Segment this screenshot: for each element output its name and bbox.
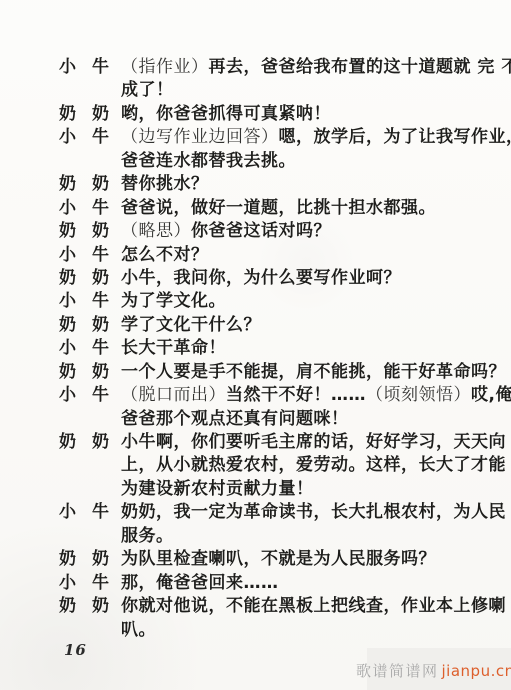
- dialogue-text: 为建设新农村贡献力量！: [121, 478, 314, 501]
- dialogue-text: 爸爸说，做好一道题，比挑十担水都强。: [121, 197, 436, 220]
- dialogue-row: 上，从小就热爱农村，爱劳动。这样，长大了才能: [0, 454, 511, 477]
- speaker-label: [59, 150, 109, 173]
- dialogue-text: （指作业）再去，爸爸给我布置的这十道题就 完 不: [121, 56, 511, 79]
- dialogue-text: 奶奶，我一定为革命读书，长大扎根农村，为人民: [121, 501, 506, 524]
- dialogue-row: 奶奶你就对他说，不能在黑板上把线查，作业本上修喇: [0, 595, 511, 618]
- speaker-label: 小牛: [59, 126, 109, 149]
- dialogue-row: 小牛长大干革命！: [0, 337, 511, 360]
- speaker-label: [59, 478, 109, 501]
- dialogue-row: 小牛怎么不对？: [0, 244, 511, 267]
- watermark: 歌谱简谱网jianpu.cn: [356, 661, 511, 681]
- dialogue-text: 服务。: [121, 525, 174, 548]
- dialogue-text: 一个人要是手不能提，肩不能挑，能干好革命吗？: [121, 361, 506, 384]
- speaker-label: [59, 408, 109, 431]
- dialogue-text: （脱口而出）当然干不好！……（顷刻领悟）哎,俺: [121, 384, 511, 407]
- stage-direction: （略思）: [121, 221, 191, 241]
- dialogue-text: 为了学文化。: [121, 290, 226, 313]
- dialogue-text: 叭。: [121, 619, 156, 642]
- dialogue-row: 奶奶替你挑水？: [0, 173, 511, 196]
- dialogue-text: 上，从小就热爱农村，爱劳动。这样，长大了才能: [121, 454, 506, 477]
- dialogue-text: 爸爸那个观点还真有问题咪！: [121, 408, 349, 431]
- dialogue-row: 爸爸那个观点还真有问题咪！: [0, 408, 511, 431]
- page-number: 16: [64, 641, 87, 659]
- dialogue-text: 那，俺爸爸回来……: [121, 572, 279, 595]
- dialogue-block: 小牛（指作业）再去，爸爸给我布置的这十道题就 完 不 成了！ 奶奶哟，你爸爸抓得…: [0, 56, 511, 642]
- dialogue-text: 爸爸连水都替我去挑。: [121, 150, 296, 173]
- dialogue-text: 小牛，我问你，为什么要写作业呵？: [121, 267, 401, 290]
- speaker-label: 奶奶: [59, 173, 109, 196]
- speaker-label: [59, 619, 109, 642]
- stage-direction: （脱口而出）: [121, 385, 226, 405]
- dialogue-row: 爸爸连水都替我去挑。: [0, 150, 511, 173]
- dialogue-row: 小牛（边写作业边回答）嗯，放学后，为了让我写作业，: [0, 126, 511, 149]
- dialogue-text: 小牛啊，你们要听毛主席的话，好好学习，天天向: [121, 431, 506, 454]
- speaker-label: 奶奶: [59, 103, 109, 126]
- dialogue-text: 学了文化干什么？: [121, 314, 261, 337]
- speaker-label: 奶奶: [59, 314, 109, 337]
- watermark-site-name: 歌谱简谱网: [356, 662, 439, 680]
- dialogue-row: 小牛爸爸说，做好一道题，比挑十担水都强。: [0, 197, 511, 220]
- dialogue-text: 长大干革命！: [121, 337, 226, 360]
- dialogue-row: 小牛为了学文化。: [0, 290, 511, 313]
- dialogue-text: 你就对他说，不能在黑板上把线查，作业本上修喇: [121, 595, 506, 618]
- speaker-label: 奶奶: [59, 220, 109, 243]
- dialogue-text: 怎么不对？: [121, 244, 209, 267]
- speaker-label: 奶奶: [59, 595, 109, 618]
- speaker-label: [59, 525, 109, 548]
- speaker-label: 小牛: [59, 572, 109, 595]
- dialogue-row: 为建设新农村贡献力量！: [0, 478, 511, 501]
- dialogue-row: 奶奶为队里检查喇叭，不就是为人民服务吗？: [0, 548, 511, 571]
- stage-direction: （指作业）: [121, 57, 209, 77]
- dialogue-row: 奶奶小牛啊，你们要听毛主席的话，好好学习，天天向: [0, 431, 511, 454]
- dialogue-text: 替你挑水？: [121, 173, 209, 196]
- dialogue-row: 奶奶小牛，我问你，为什么要写作业呵？: [0, 267, 511, 290]
- speaker-label: [59, 454, 109, 477]
- speaker-label: 小牛: [59, 337, 109, 360]
- speaker-label: [59, 79, 109, 102]
- dialogue-text: （略思）你爸爸这话对吗？: [121, 220, 331, 243]
- dialogue-text: 为队里检查喇叭，不就是为人民服务吗？: [121, 548, 436, 571]
- speaker-label: 奶奶: [59, 431, 109, 454]
- speaker-label: 奶奶: [59, 548, 109, 571]
- dialogue-row: 小牛那，俺爸爸回来……: [0, 572, 511, 595]
- speaker-label: 小牛: [59, 290, 109, 313]
- speaker-label: 小牛: [59, 384, 109, 407]
- dialogue-text: 哟，你爸爸抓得可真紧呐！: [121, 103, 331, 126]
- dialogue-row: 奶奶（略思）你爸爸这话对吗？: [0, 220, 511, 243]
- speaker-label: 奶奶: [59, 267, 109, 290]
- speaker-label: 小牛: [59, 197, 109, 220]
- dialogue-row: 叭。: [0, 619, 511, 642]
- dialogue-row: 小牛（指作业）再去，爸爸给我布置的这十道题就 完 不: [0, 56, 511, 79]
- speaker-label: 小牛: [59, 244, 109, 267]
- dialogue-row: 服务。: [0, 525, 511, 548]
- dialogue-row: 小牛奶奶，我一定为革命读书，长大扎根农村，为人民: [0, 501, 511, 524]
- dialogue-text: 成了！: [121, 79, 174, 102]
- dialogue-row: 小牛（脱口而出）当然干不好！……（顷刻领悟）哎,俺: [0, 384, 511, 407]
- dialogue-row: 奶奶一个人要是手不能提，肩不能挑，能干好革命吗？: [0, 361, 511, 384]
- speaker-label: 小牛: [59, 56, 109, 79]
- stage-direction: （边写作业边回答）: [121, 127, 279, 147]
- watermark-site-link[interactable]: jianpu.cn: [442, 662, 511, 680]
- script-page: 小牛（指作业）再去，爸爸给我布置的这十道题就 完 不 成了！ 奶奶哟，你爸爸抓得…: [0, 0, 511, 690]
- dialogue-row: 奶奶哟，你爸爸抓得可真紧呐！: [0, 103, 511, 126]
- speaker-label: 奶奶: [59, 361, 109, 384]
- dialogue-text: （边写作业边回答）嗯，放学后，为了让我写作业，: [121, 126, 511, 149]
- dialogue-row: 奶奶学了文化干什么？: [0, 314, 511, 337]
- dialogue-row: 成了！: [0, 79, 511, 102]
- speaker-label: 小牛: [59, 501, 109, 524]
- stage-direction: （顷刻领悟）: [366, 385, 471, 405]
